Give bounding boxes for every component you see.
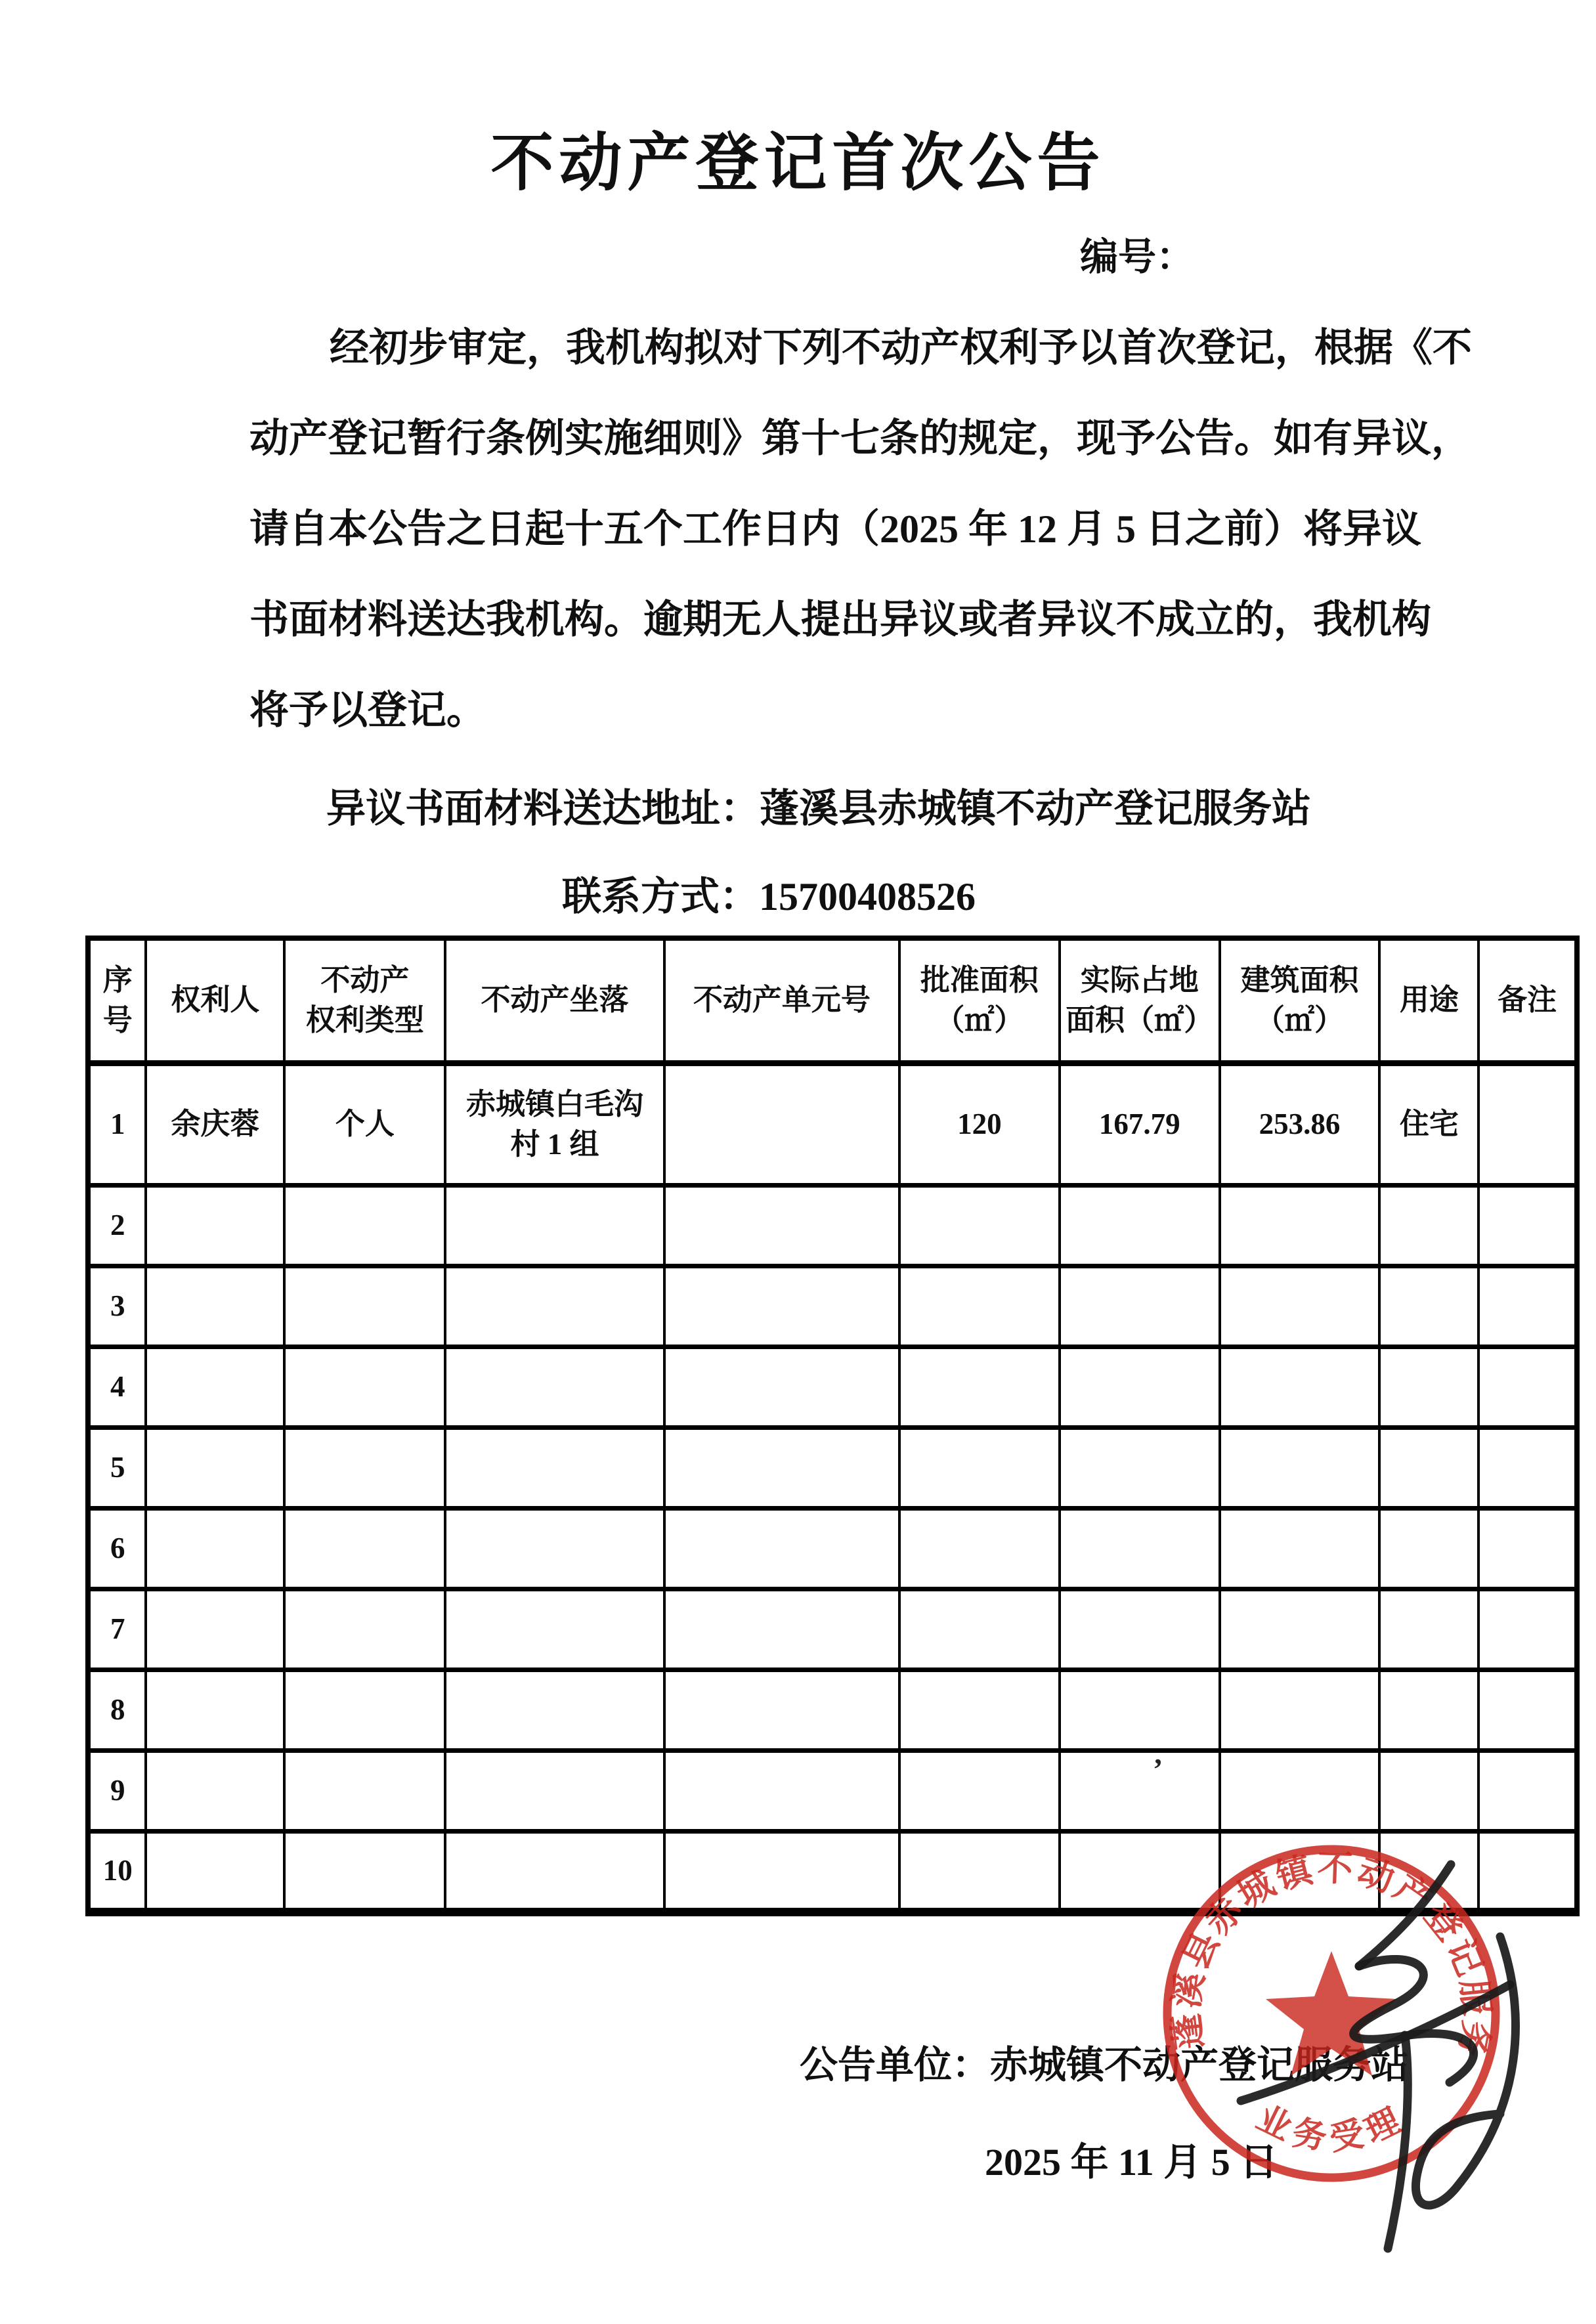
table-cell <box>146 1346 284 1427</box>
table-cell <box>146 1589 284 1669</box>
paragraph-line: 经初步审定，我机构拟对下列不动产权利予以首次登记，根据《不 <box>249 303 1490 393</box>
table-cell <box>1379 1589 1478 1669</box>
table-cell <box>284 1831 445 1912</box>
table-cell: 赤城镇白毛沟 村 1 组 <box>445 1063 664 1185</box>
paragraph-line: 动产登记暂行条例实施细则》第十七条的规定，现予公告。如有异议， <box>249 393 1490 484</box>
table-cell <box>664 1185 899 1266</box>
table-cell <box>1220 1669 1380 1750</box>
table-body: 1余庆蓉个人赤城镇白毛沟 村 1 组120167.79253.86住宅23456… <box>88 1063 1577 1912</box>
table-cell <box>284 1508 445 1589</box>
official-stamp: 蓬溪县赤城镇不动产登记服务站 业务受理 <box>1142 1818 1530 2258</box>
table-cell <box>664 1669 899 1750</box>
table-cell <box>445 1346 664 1427</box>
table-cell: 3 <box>88 1266 146 1346</box>
table-cell <box>445 1427 664 1508</box>
table-cell <box>1478 1669 1577 1750</box>
table-cell <box>445 1750 664 1831</box>
col-header-location: 不动产坐落 <box>445 938 664 1063</box>
scan-artifact-mark: ’ <box>1153 1752 1163 1786</box>
table-cell: 253.86 <box>1220 1063 1380 1185</box>
col-header-remarks: 备注 <box>1478 938 1577 1063</box>
col-header-usage: 用途 <box>1379 938 1478 1063</box>
col-header-occupied-area: 实际占地 面积（㎡） <box>1060 938 1220 1063</box>
table-cell: 167.79 <box>1060 1063 1220 1185</box>
table-cell: 4 <box>88 1346 146 1427</box>
table-cell <box>1379 1346 1478 1427</box>
table-cell <box>1220 1589 1380 1669</box>
table-row: 4 <box>88 1346 1577 1427</box>
objection-address-line: 异议书面材料送达地址：蓬溪县赤城镇不动产登记服务站 <box>326 777 1311 834</box>
table-cell <box>899 1266 1060 1346</box>
col-header-right-type: 不动产 权利类型 <box>284 938 445 1063</box>
table-cell <box>1220 1266 1380 1346</box>
table-cell <box>1220 1346 1380 1427</box>
table-cell <box>1478 1589 1577 1669</box>
table-cell <box>899 1185 1060 1266</box>
table-row: 1余庆蓉个人赤城镇白毛沟 村 1 组120167.79253.86住宅 <box>88 1063 1577 1185</box>
table-cell <box>1379 1669 1478 1750</box>
table-cell <box>146 1750 284 1831</box>
table-cell <box>1379 1427 1478 1508</box>
table-cell <box>899 1427 1060 1508</box>
table-cell <box>1060 1669 1220 1750</box>
table-cell <box>284 1669 445 1750</box>
table-cell <box>899 1831 1060 1912</box>
table-cell <box>899 1750 1060 1831</box>
paragraph-line: 将予以登记。 <box>249 665 1490 756</box>
stamp-bottom-text: 业务受理 <box>1251 2099 1412 2158</box>
table-cell <box>1060 1346 1220 1427</box>
table-cell <box>284 1750 445 1831</box>
table-cell <box>1060 1589 1220 1669</box>
table-cell <box>664 1346 899 1427</box>
table-cell: 10 <box>88 1831 146 1912</box>
table-cell <box>1060 1508 1220 1589</box>
table-row: 2 <box>88 1185 1577 1266</box>
table-cell <box>284 1266 445 1346</box>
table-cell <box>1478 1063 1577 1185</box>
table-cell: 9 <box>88 1750 146 1831</box>
table-cell <box>445 1266 664 1346</box>
table-cell <box>445 1831 664 1912</box>
table-cell <box>445 1508 664 1589</box>
table-cell: 5 <box>88 1427 146 1508</box>
paragraph-line: 书面材料送达我机构。逾期无人提出异议或者异议不成立的，我机构 <box>249 574 1490 665</box>
table-cell <box>1478 1346 1577 1427</box>
table-cell <box>1060 1185 1220 1266</box>
table-cell <box>146 1831 284 1912</box>
table-cell <box>1478 1266 1577 1346</box>
col-header-approved-area: 批准面积 （㎡） <box>899 938 1060 1063</box>
table-cell <box>284 1427 445 1508</box>
table-cell: 120 <box>899 1063 1060 1185</box>
table-cell <box>899 1669 1060 1750</box>
table-cell <box>284 1346 445 1427</box>
table-cell <box>664 1831 899 1912</box>
table-row: 5 <box>88 1427 1577 1508</box>
paragraph-line: 请自本公告之日起十五个工作日内（2025 年 12 月 5 日之前）将异议 <box>249 484 1490 574</box>
table-cell <box>664 1063 899 1185</box>
table-cell <box>284 1589 445 1669</box>
table-cell <box>1220 1185 1380 1266</box>
table-cell <box>1478 1185 1577 1266</box>
table-cell: 7 <box>88 1589 146 1669</box>
table-cell <box>146 1669 284 1750</box>
table-cell <box>284 1185 445 1266</box>
table-cell <box>146 1508 284 1589</box>
col-header-building-area: 建筑面积 （㎡） <box>1220 938 1380 1063</box>
table-cell: 2 <box>88 1185 146 1266</box>
col-header-index: 序 号 <box>88 938 146 1063</box>
table-header-row: 序 号 权利人 不动产 权利类型 不动产坐落 不动产单元号 批准面积 （㎡） 实… <box>88 938 1577 1063</box>
table-cell <box>445 1185 664 1266</box>
table-cell: 住宅 <box>1379 1063 1478 1185</box>
table-cell: 1 <box>88 1063 146 1185</box>
table-row: 6 <box>88 1508 1577 1589</box>
contact-phone-line: 联系方式：15700408526 <box>562 865 976 922</box>
table-cell <box>664 1266 899 1346</box>
table-cell <box>1060 1266 1220 1346</box>
table-cell <box>1379 1508 1478 1589</box>
table-cell: 余庆蓉 <box>146 1063 284 1185</box>
table-cell <box>899 1508 1060 1589</box>
table-cell <box>146 1427 284 1508</box>
table-cell <box>1379 1266 1478 1346</box>
announcement-document: 不动产登记首次公告 编号： 经初步审定，我机构拟对下列不动产权利予以首次登记，根… <box>0 0 1596 2324</box>
table-cell <box>445 1669 664 1750</box>
table-cell <box>146 1266 284 1346</box>
table-cell <box>1220 1427 1380 1508</box>
col-header-unit-number: 不动产单元号 <box>664 938 899 1063</box>
table-cell <box>1478 1427 1577 1508</box>
document-number-label: 编号： <box>1080 226 1194 281</box>
registration-table: 序 号 权利人 不动产 权利类型 不动产坐落 不动产单元号 批准面积 （㎡） 实… <box>85 936 1580 1916</box>
signature-scribble <box>1241 1864 1516 2249</box>
table-row: 3 <box>88 1266 1577 1346</box>
table-cell <box>899 1589 1060 1669</box>
table-cell <box>899 1346 1060 1427</box>
table-cell <box>1379 1185 1478 1266</box>
col-header-rightholder: 权利人 <box>146 938 284 1063</box>
table-cell <box>1060 1427 1220 1508</box>
table-row: 8 <box>88 1669 1577 1750</box>
table-cell <box>146 1185 284 1266</box>
table-cell: 个人 <box>284 1063 445 1185</box>
table-cell <box>664 1508 899 1589</box>
announcement-paragraph: 经初步审定，我机构拟对下列不动产权利予以首次登记，根据《不 动产登记暂行条例实施… <box>249 303 1490 756</box>
page-title: 不动产登记首次公告 <box>0 113 1596 203</box>
table-cell <box>664 1750 899 1831</box>
table-row: 7 <box>88 1589 1577 1669</box>
table-cell <box>664 1589 899 1669</box>
table-cell <box>664 1427 899 1508</box>
table-cell <box>1220 1508 1380 1589</box>
table-cell: 6 <box>88 1508 146 1589</box>
table-cell <box>1478 1508 1577 1589</box>
table-cell <box>445 1589 664 1669</box>
table-cell: 8 <box>88 1669 146 1750</box>
